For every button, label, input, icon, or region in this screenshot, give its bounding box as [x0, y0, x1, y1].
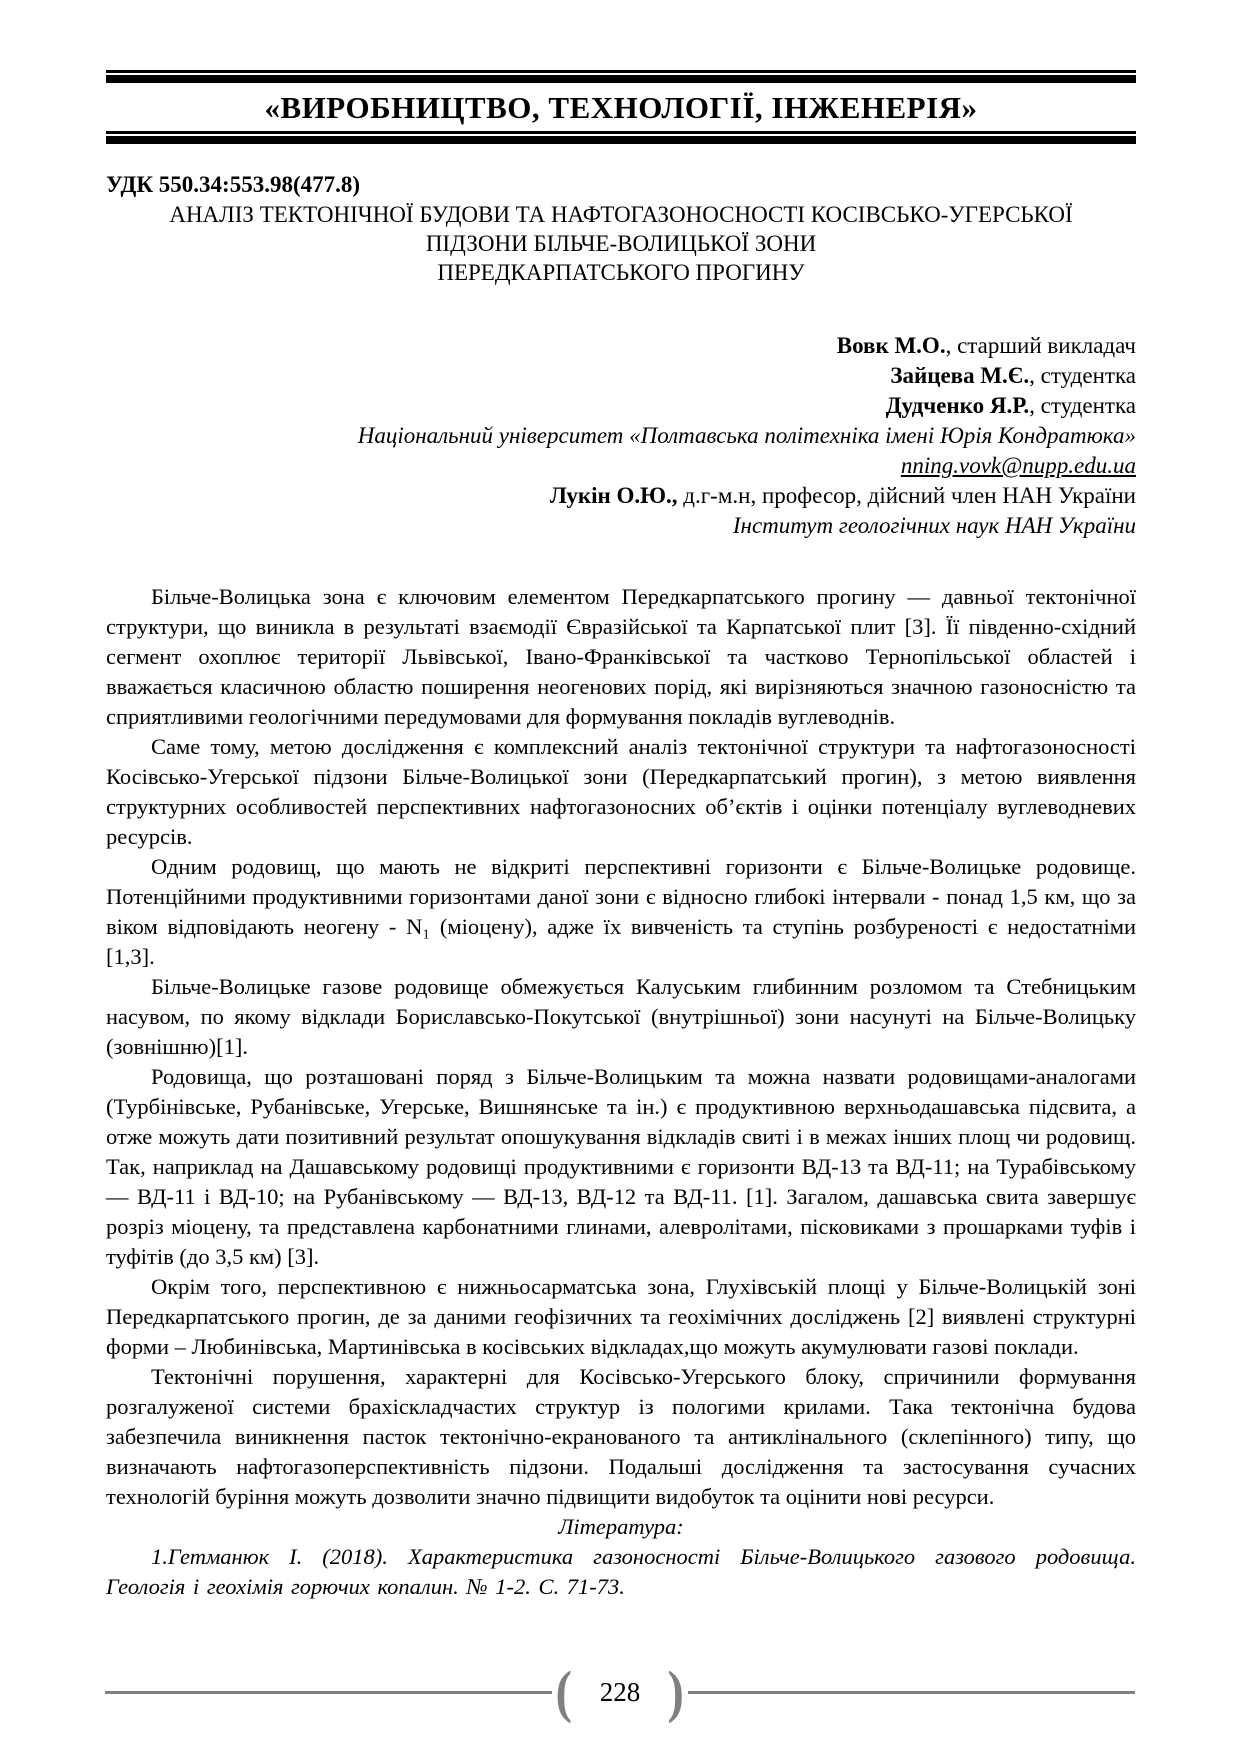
reference-item: 1.Гетманюк І. (2018). Характеристика газ…: [106, 1542, 1136, 1602]
section-title: «ВИРОБНИЦТВО, ТЕХНОЛОГІЇ, ІНЖЕНЕРІЯ»: [106, 83, 1136, 131]
author-line: Дудченко Я.Р., студентка: [106, 391, 1136, 421]
udc-code: УДК 550.34:553.98(477.8): [106, 170, 1136, 200]
footer-rule-right: [688, 1691, 1135, 1694]
author-name: Зайцева М.Є.: [890, 363, 1029, 388]
thin-rule: [106, 131, 1136, 134]
author-name: Лукін О.Ю.,: [550, 483, 678, 508]
banner-double-rule-top: [106, 70, 1136, 83]
references-section: Література: 1.Гетманюк І. (2018). Характ…: [106, 1512, 1136, 1602]
bracket-right-icon: ): [668, 1664, 684, 1720]
section-header-banner: «ВИРОБНИЦТВО, ТЕХНОЛОГІЇ, ІНЖЕНЕРІЯ»: [106, 70, 1136, 144]
footer-rule-left: [105, 1691, 552, 1694]
author-line: Зайцева М.Є., студентка: [106, 361, 1136, 391]
author-role: , студентка: [1029, 393, 1136, 418]
body-paragraph: Окрім того, перспективною є нижньосармат…: [106, 1272, 1136, 1362]
article-title-line: ПЕРЕДКАРПАТСЬКОГО ПРОГИНУ: [106, 258, 1136, 287]
references-heading: Література:: [106, 1512, 1136, 1542]
author-role: , студентка: [1029, 363, 1136, 388]
body-paragraph: Тектонічні порушення, характерні для Кос…: [106, 1362, 1136, 1512]
article-title-line: АНАЛІЗ ТЕКТОНІЧНОЇ БУДОВИ ТА НАФТОГАЗОНО…: [106, 200, 1136, 229]
author-role: , старший викладач: [946, 333, 1136, 358]
article-title: АНАЛІЗ ТЕКТОНІЧНОЇ БУДОВИ ТА НАФТОГАЗОНО…: [106, 200, 1136, 287]
document-page: «ВИРОБНИЦТВО, ТЕХНОЛОГІЇ, ІНЖЕНЕРІЯ» УДК…: [0, 0, 1240, 1602]
body-paragraph: Родовища, що розташовані поряд з Більче-…: [106, 1062, 1136, 1272]
body-paragraph: Одним родовищ, що мають не відкриті перс…: [106, 852, 1136, 972]
body-paragraph: Більче-Волицька зона є ключовим елементо…: [106, 582, 1136, 732]
banner-double-rule-bottom: [106, 131, 1136, 144]
thick-rule: [106, 136, 1136, 144]
institute: Інститут геологічних наук НАН України: [106, 511, 1136, 541]
affiliation: Національний університет «Полтавська пол…: [106, 421, 1136, 451]
author-name: Дудченко Я.Р.: [886, 393, 1029, 418]
author-role: д.г-м.н, професор, дійсний член НАН Укра…: [678, 483, 1136, 508]
page-number: 228: [600, 1677, 641, 1708]
coauthor-line: Лукін О.Ю., д.г-м.н, професор, дійсний ч…: [106, 481, 1136, 511]
thin-rule: [106, 70, 1136, 73]
author-line: Вовк М.О., старший викладач: [106, 331, 1136, 361]
article-title-line: ПІДЗОНИ БІЛЬЧЕ-ВОЛИЦЬКОЇ ЗОНИ: [106, 229, 1136, 258]
bracket-left-icon: (: [556, 1664, 572, 1720]
email-line: nning.vovk@nupp.edu.ua: [106, 451, 1136, 481]
body-paragraph: Більче-Волицьке газове родовище обмежуєт…: [106, 972, 1136, 1062]
author-name: Вовк М.О.: [837, 333, 946, 358]
thick-rule: [106, 75, 1136, 83]
email-link[interactable]: nning.vovk@nupp.edu.ua: [901, 453, 1136, 478]
page-footer: ( 228 ): [105, 1664, 1135, 1720]
authors-block: Вовк М.О., старший викладач Зайцева М.Є.…: [106, 331, 1136, 541]
body-paragraph: Саме тому, метою дослідження є комплексн…: [106, 732, 1136, 852]
article-body: Більче-Волицька зона є ключовим елементо…: [106, 582, 1136, 1512]
